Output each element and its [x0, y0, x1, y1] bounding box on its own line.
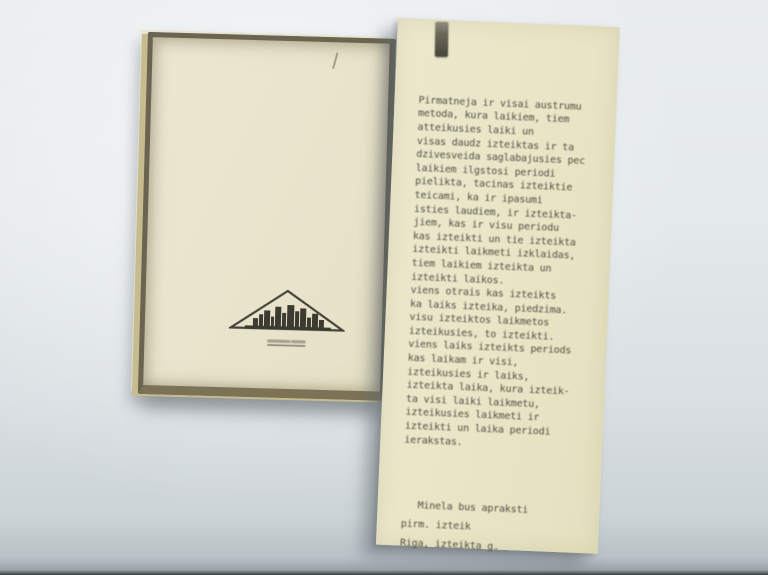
box-rim — [138, 32, 396, 401]
typed-note-paper: Pirmatneja ir visai austrumumetoda, kura… — [376, 18, 620, 554]
table-edge — [0, 570, 768, 575]
clip-mark — [435, 22, 449, 57]
typed-paragraph: Pirmatneja ir visai austrumumetoda, kura… — [404, 53, 612, 455]
book-box: xxxxxxxxxxx xxxxxxx — [138, 32, 396, 401]
photo-of-book-box-and-typed-note: xxxxxxxxxxx xxxxxxx Pirmatneja ir visai … — [0, 0, 768, 575]
signature-block: Minela bus aprakstipirm. izteikRiga, izt… — [400, 439, 597, 561]
